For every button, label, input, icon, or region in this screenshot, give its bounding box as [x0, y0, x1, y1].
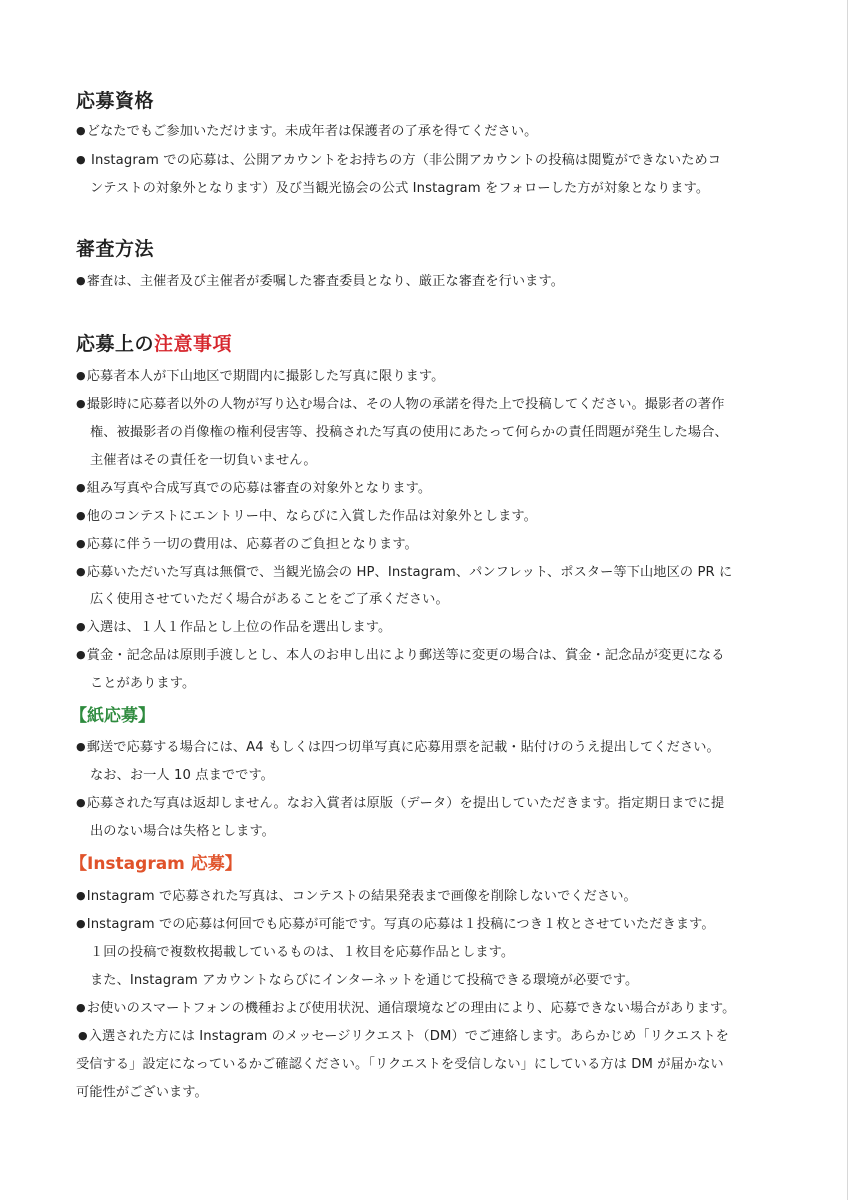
document-page: 応募資格 ●どなたでもご参加いただけます。未成年者は保護者の了承を得てください。… — [0, 0, 848, 1200]
notes-item-6-cont: 広く使用させていただく場合があることをご了承ください。 — [90, 591, 449, 609]
heading-judging: 審査方法 — [76, 237, 154, 261]
notes-item-8-cont: ことがあります。 — [90, 675, 195, 693]
notes-item-2-cont2: 主催者はその責任を一切負いません。 — [90, 452, 317, 470]
instagram-item-2: ●Instagram での応募は何回でも応募が可能です。写真の応募は１投稿につき… — [76, 916, 715, 934]
bullet-icon: ● — [76, 1001, 86, 1014]
bullet-icon: ● — [76, 509, 86, 522]
notes-item-7: ●入選は、１人１作品とし上位の作品を選出します。 — [76, 619, 391, 637]
bullet-icon: ● — [76, 648, 86, 661]
paper-item-2-cont: 出のない場合は失格とします。 — [90, 823, 275, 841]
instagram-item-2-cont1: １回の投稿で複数枚掲載しているものは、１枚目を応募作品とします。 — [90, 944, 514, 962]
bullet-icon: ● — [76, 153, 86, 166]
bullet-icon: ● — [76, 274, 86, 287]
bullet-icon: ● — [76, 889, 86, 902]
paper-item-2: ●応募された写真は返却しません。なお入賞者は原版（データ）を提出していただきます… — [76, 795, 724, 813]
paper-item-1-cont: なお、お一人 10 点までです。 — [90, 767, 274, 785]
paper-item-1: ●郵送で応募する場合には、A4 もしくは四つ切単写真に応募用票を記載・貼付けのう… — [76, 739, 720, 757]
notes-item-8: ●賞金・記念品は原則手渡しとし、本人のお申し出により郵送等に変更の場合は、賞金・… — [76, 647, 725, 665]
judging-item-1: ●審査は、主催者及び主催者が委嘱した審査委員となり、厳正な審査を行います。 — [76, 273, 564, 291]
bullet-icon: ● — [76, 537, 86, 550]
heading-eligibility: 応募資格 — [76, 89, 154, 113]
notes-item-1: ●応募者本人が下山地区で期間内に撮影した写真に限ります。 — [76, 368, 444, 386]
notes-item-3: ●組み写真や合成写真での応募は審査の対象外となります。 — [76, 480, 431, 498]
eligibility-item-1: ●どなたでもご参加いただけます。未成年者は保護者の了承を得てください。 — [76, 123, 537, 141]
instagram-item-2-cont2: また、Instagram アカウントならびにインターネットを通じて投稿できる環境… — [90, 972, 638, 990]
heading-notes: 応募上の注意事項 — [76, 332, 232, 356]
notes-item-2: ●撮影時に応募者以外の人物が写り込む場合は、その人物の承諾を得た上で投稿してくだ… — [76, 396, 725, 414]
instagram-item-4-cont1: 受信する」設定になっているかご確認ください。「リクエストを受信しない」にしている… — [76, 1056, 724, 1074]
bullet-icon: ● — [76, 740, 86, 753]
bullet-icon: ● — [76, 481, 86, 494]
bullet-icon: ● — [76, 620, 86, 633]
heading-instagram-entry: 【Instagram 応募】 — [70, 853, 242, 875]
heading-paper-entry: 【紙応募】 — [70, 705, 155, 727]
instagram-item-1: ●Instagram で応募された写真は、コンテストの結果発表まで画像を削除しな… — [76, 888, 637, 906]
bullet-icon: ● — [76, 369, 86, 382]
eligibility-item-2-cont: ンテストの対象外となります）及び当観光協会の公式 Instagram をフォロー… — [90, 180, 709, 198]
bullet-icon: ● — [78, 1029, 88, 1042]
notes-item-6: ●応募いただいた写真は無償で、当観光協会の HP、Instagram、パンフレッ… — [76, 564, 732, 582]
bullet-icon: ● — [76, 124, 86, 137]
instagram-item-4: ●入選された方には Instagram のメッセージリクエスト（DM）でご連絡し… — [78, 1028, 729, 1046]
notes-item-5: ●応募に伴う一切の費用は、応募者のご負担となります。 — [76, 536, 418, 554]
bullet-icon: ● — [76, 917, 86, 930]
bullet-icon: ● — [76, 565, 86, 578]
eligibility-item-2: ● Instagram での応募は、公開アカウントをお持ちの方（非公開アカウント… — [76, 152, 721, 170]
bullet-icon: ● — [76, 397, 86, 410]
notes-item-4: ●他のコンテストにエントリー中、ならびに入賞した作品は対象外とします。 — [76, 508, 537, 526]
notes-item-2-cont1: 権、被撮影者の肖像権の権利侵害等、投稿された写真の使用にあたって何らかの責任問題… — [90, 424, 728, 442]
instagram-item-4-cont2: 可能性がございます。 — [76, 1084, 208, 1102]
bullet-icon: ● — [76, 796, 86, 809]
instagram-item-3: ●お使いのスマートフォンの機種および使用状況、通信環境などの理由により、応募でき… — [76, 1000, 735, 1018]
